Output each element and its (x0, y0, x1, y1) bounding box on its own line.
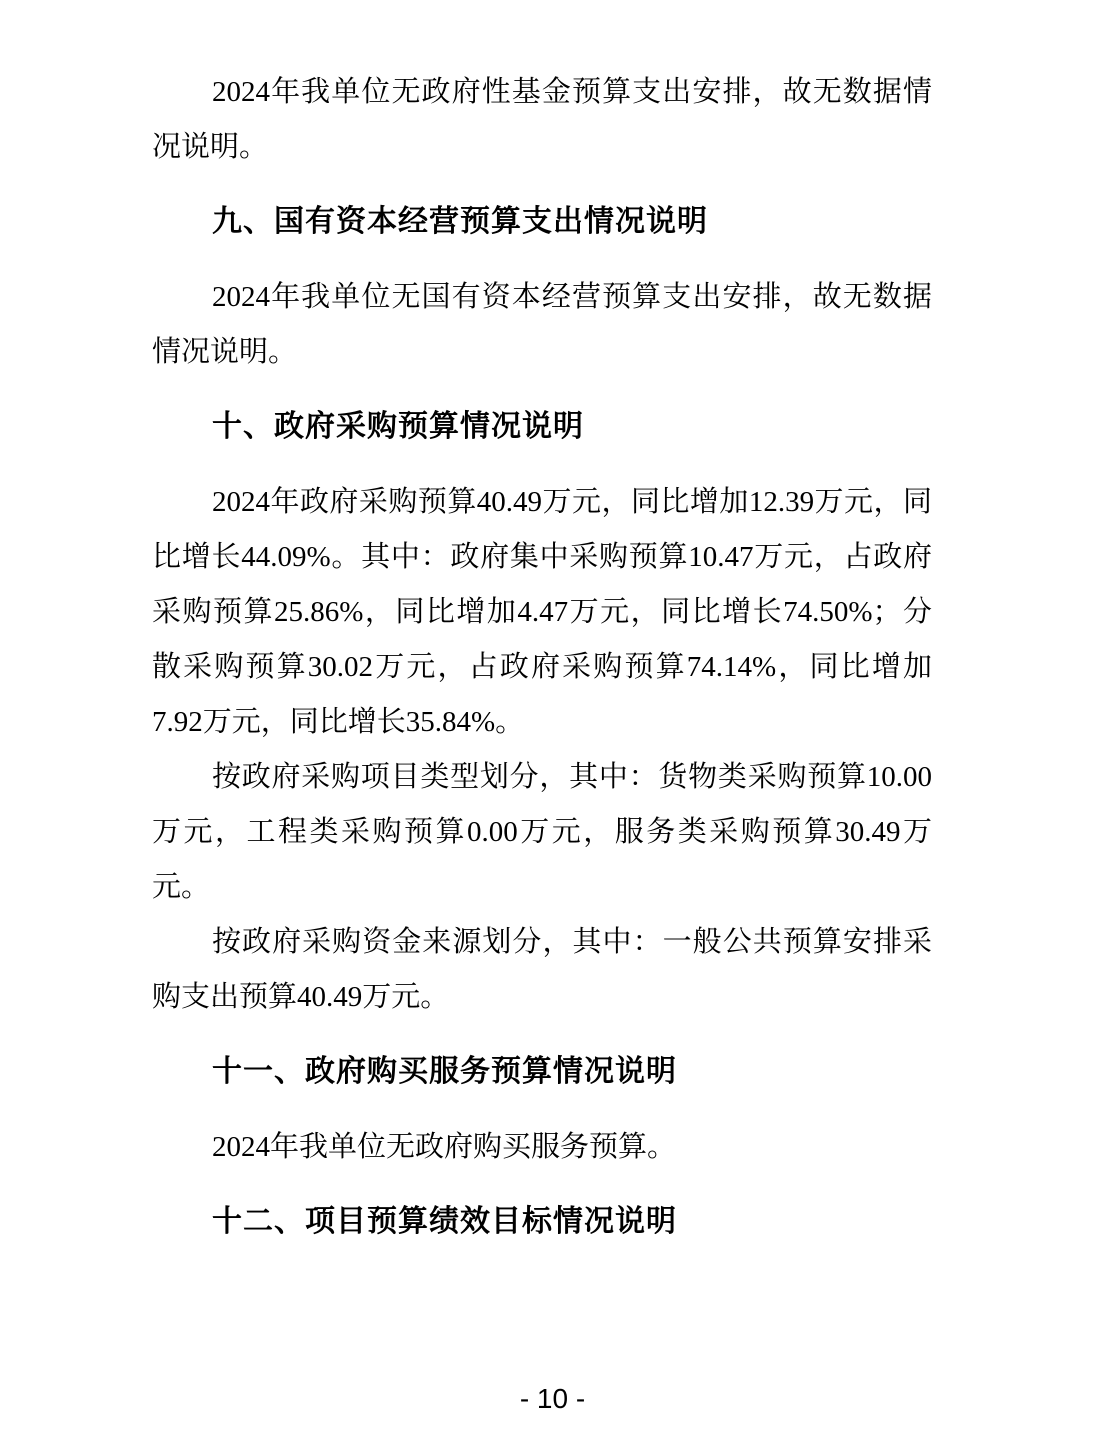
document-body: 2024年我单位无政府性基金预算支出安排，故无数据情况说明。九、国有资本经营预算… (152, 65, 932, 1270)
body-paragraph: 2024年我单位无国有资本经营预算支出安排，故无数据情况说明。 (152, 270, 932, 380)
body-paragraph: 2024年政府采购预算40.49万元，同比增加12.39万元，同比增长44.09… (152, 475, 932, 750)
section-heading: 十、政府采购预算情况说明 (152, 406, 932, 448)
section-heading: 十二、项目预算绩效目标情况说明 (152, 1201, 932, 1243)
body-paragraph: 2024年我单位无政府性基金预算支出安排，故无数据情况说明。 (152, 65, 932, 175)
page-number: - 10 - (0, 1384, 1105, 1414)
body-paragraph: 按政府采购资金来源划分，其中：一般公共预算安排采购支出预算40.49万元。 (152, 915, 932, 1025)
body-paragraph: 2024年我单位无政府购买服务预算。 (152, 1120, 932, 1175)
document-page: 2024年我单位无政府性基金预算支出安排，故无数据情况说明。九、国有资本经营预算… (0, 0, 1105, 1430)
section-heading: 十一、政府购买服务预算情况说明 (152, 1051, 932, 1093)
section-heading: 九、国有资本经营预算支出情况说明 (152, 201, 932, 243)
body-paragraph: 按政府采购项目类型划分，其中：货物类采购预算10.00万元，工程类采购预算0.0… (152, 750, 932, 915)
